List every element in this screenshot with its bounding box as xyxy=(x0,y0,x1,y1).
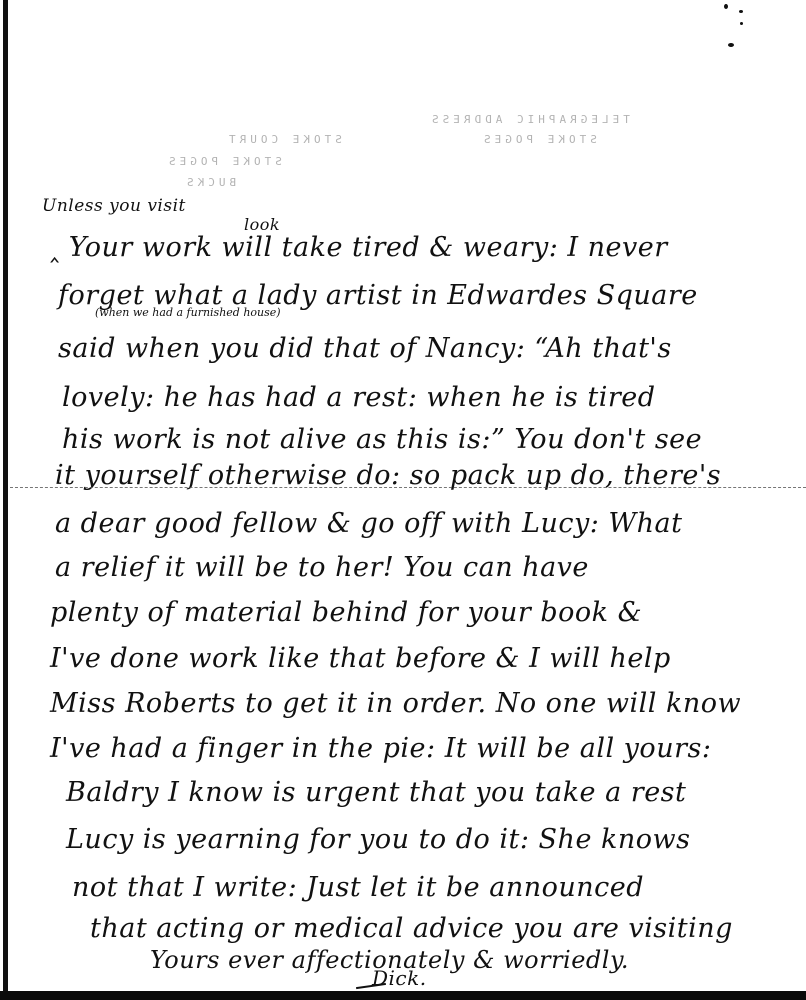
letter-line-7: a dear good fellow & go off with Lucy: W… xyxy=(55,508,682,539)
letter-line-11: Miss Roberts to get it in order. No one … xyxy=(50,688,741,719)
letter-line-9: plenty of material behind for your book … xyxy=(50,597,642,628)
letterhead-showthrough-left-1: STOKE COURT xyxy=(225,133,342,146)
signature: Dick. xyxy=(372,966,427,990)
interlinear-edwardes-note: (when we had a furnished house) xyxy=(95,306,281,319)
scan-left-edge xyxy=(3,0,8,992)
letter-line-4: lovely: he has had a rest: when he is ti… xyxy=(62,382,656,413)
fold-line xyxy=(10,487,806,488)
letter-line-1: ‸ Your work will take tired & weary: I n… xyxy=(50,232,668,263)
scan-bottom-edge xyxy=(0,991,806,1000)
letter-line-13: Baldry I know is urgent that you take a … xyxy=(66,777,686,808)
letterhead-showthrough-left-3: BUCKS xyxy=(183,176,236,189)
letter-page: TELEGRAPHIC ADDRESS STOKE POGES STOKE CO… xyxy=(0,0,806,1000)
ink-speck xyxy=(728,43,734,47)
letter-line-12: I've had a finger in the pie: It will be… xyxy=(50,733,711,764)
letter-line-16: that acting or medical advice you are vi… xyxy=(90,913,733,944)
letter-line-3: said when you did that of Nancy: “Ah tha… xyxy=(58,333,672,364)
letterhead-showthrough-right-1: TELEGRAPHIC ADDRESS xyxy=(428,113,630,126)
letter-line-10: I've done work like that before & I will… xyxy=(50,643,671,674)
ink-speck xyxy=(724,4,728,9)
letter-line-8: a relief it will be to her! You can have xyxy=(55,552,589,583)
margin-insert-text: Unless you visit xyxy=(42,196,186,216)
letterhead-showthrough-right-2: STOKE POGES xyxy=(480,133,597,146)
letter-line-14: Lucy is yearning for you to do it: She k… xyxy=(66,824,690,855)
letter-line-15: not that I write: Just let it be announc… xyxy=(72,872,644,903)
letterhead-showthrough-left-2: STOKE POGES xyxy=(165,155,282,168)
ink-speck xyxy=(739,10,743,13)
letter-line-5: his work is not alive as this is:” You d… xyxy=(62,424,702,455)
ink-speck xyxy=(740,22,743,25)
